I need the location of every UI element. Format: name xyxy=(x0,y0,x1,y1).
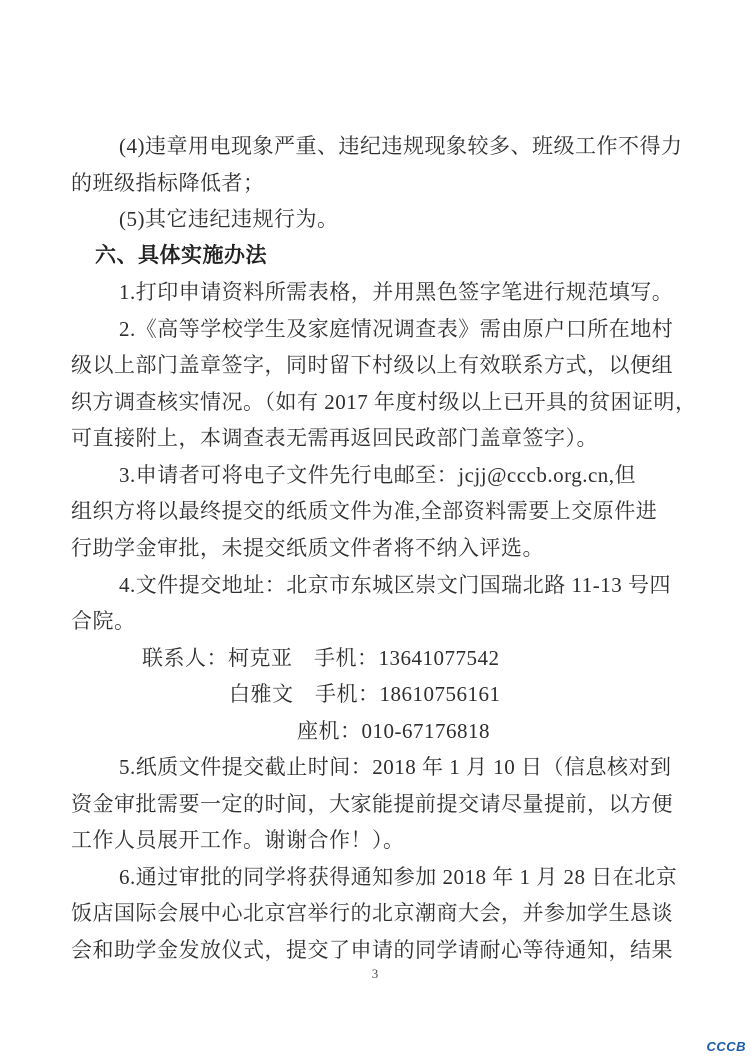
document-line: 的班级指标降低者； xyxy=(71,165,686,202)
cccb-logo: CCCB xyxy=(706,1039,746,1054)
document-line: 4.文件提交地址：北京市东城区崇文门国瑞北路 11-13 号四 xyxy=(71,567,686,604)
document-line: 资金审批需要一定的时间，大家能提前提交请尽量提前，以方便 xyxy=(71,786,686,823)
section-heading: 六、具体实施办法 xyxy=(71,238,686,275)
document-line: 级以上部门盖章签字，同时留下村级以上有效联系方式，以便组 xyxy=(71,347,686,384)
document-line: 2.《高等学校学生及家庭情况调查表》需由原户口所在地村 xyxy=(71,311,686,348)
document-line: 行助学金审批，未提交纸质文件者将不纳入评选。 xyxy=(71,530,686,567)
document-line: (4)违章用电现象严重、违纪违规现象较多、班级工作不得力 xyxy=(71,128,686,165)
document-line: 白雅文 手机：18610756161 xyxy=(71,676,686,713)
document-line: 可直接附上，本调查表无需再返回民政部门盖章签字）。 xyxy=(71,420,686,457)
document-line: 联系人：柯克亚 手机：13641077542 xyxy=(71,640,686,677)
document-line: 饭店国际会展中心北京宫举行的北京潮商大会，并参加学生恳谈 xyxy=(71,895,686,932)
document-line: 5.纸质文件提交截止时间：2018 年 1 月 10 日（信息核对到 xyxy=(71,749,686,786)
document-line: (5)其它违纪违规行为。 xyxy=(71,201,686,238)
document-line: 座机：010-67176818 xyxy=(71,713,686,750)
document-body: (4)违章用电现象严重、违纪违规现象较多、班级工作不得力的班级指标降低者；(5)… xyxy=(71,128,686,969)
document-line: 3.申请者可将电子文件先行电邮至：jcjj@cccb.org.cn,但 xyxy=(71,457,686,494)
document-line: 会和助学金发放仪式，提交了申请的同学请耐心等待通知，结果 xyxy=(71,932,686,969)
document-line: 1.打印申请资料所需表格，并用黑色签字笔进行规范填写。 xyxy=(71,274,686,311)
document-page: (4)违章用电现象严重、违纪违规现象较多、班级工作不得力的班级指标降低者；(5)… xyxy=(0,0,750,1060)
document-line: 6.通过审批的同学将获得通知参加 2018 年 1 月 28 日在北京 xyxy=(71,859,686,896)
document-line: 工作人员展开工作。谢谢合作！）。 xyxy=(71,822,686,859)
document-line: 组织方将以最终提交的纸质文件为准,全部资料需要上交原件进 xyxy=(71,493,686,530)
document-line: 合院。 xyxy=(71,603,686,640)
page-number: 3 xyxy=(0,966,750,982)
document-line: 织方调查核实情况。（如有 2017 年度村级以上已开具的贫困证明， xyxy=(71,384,686,421)
